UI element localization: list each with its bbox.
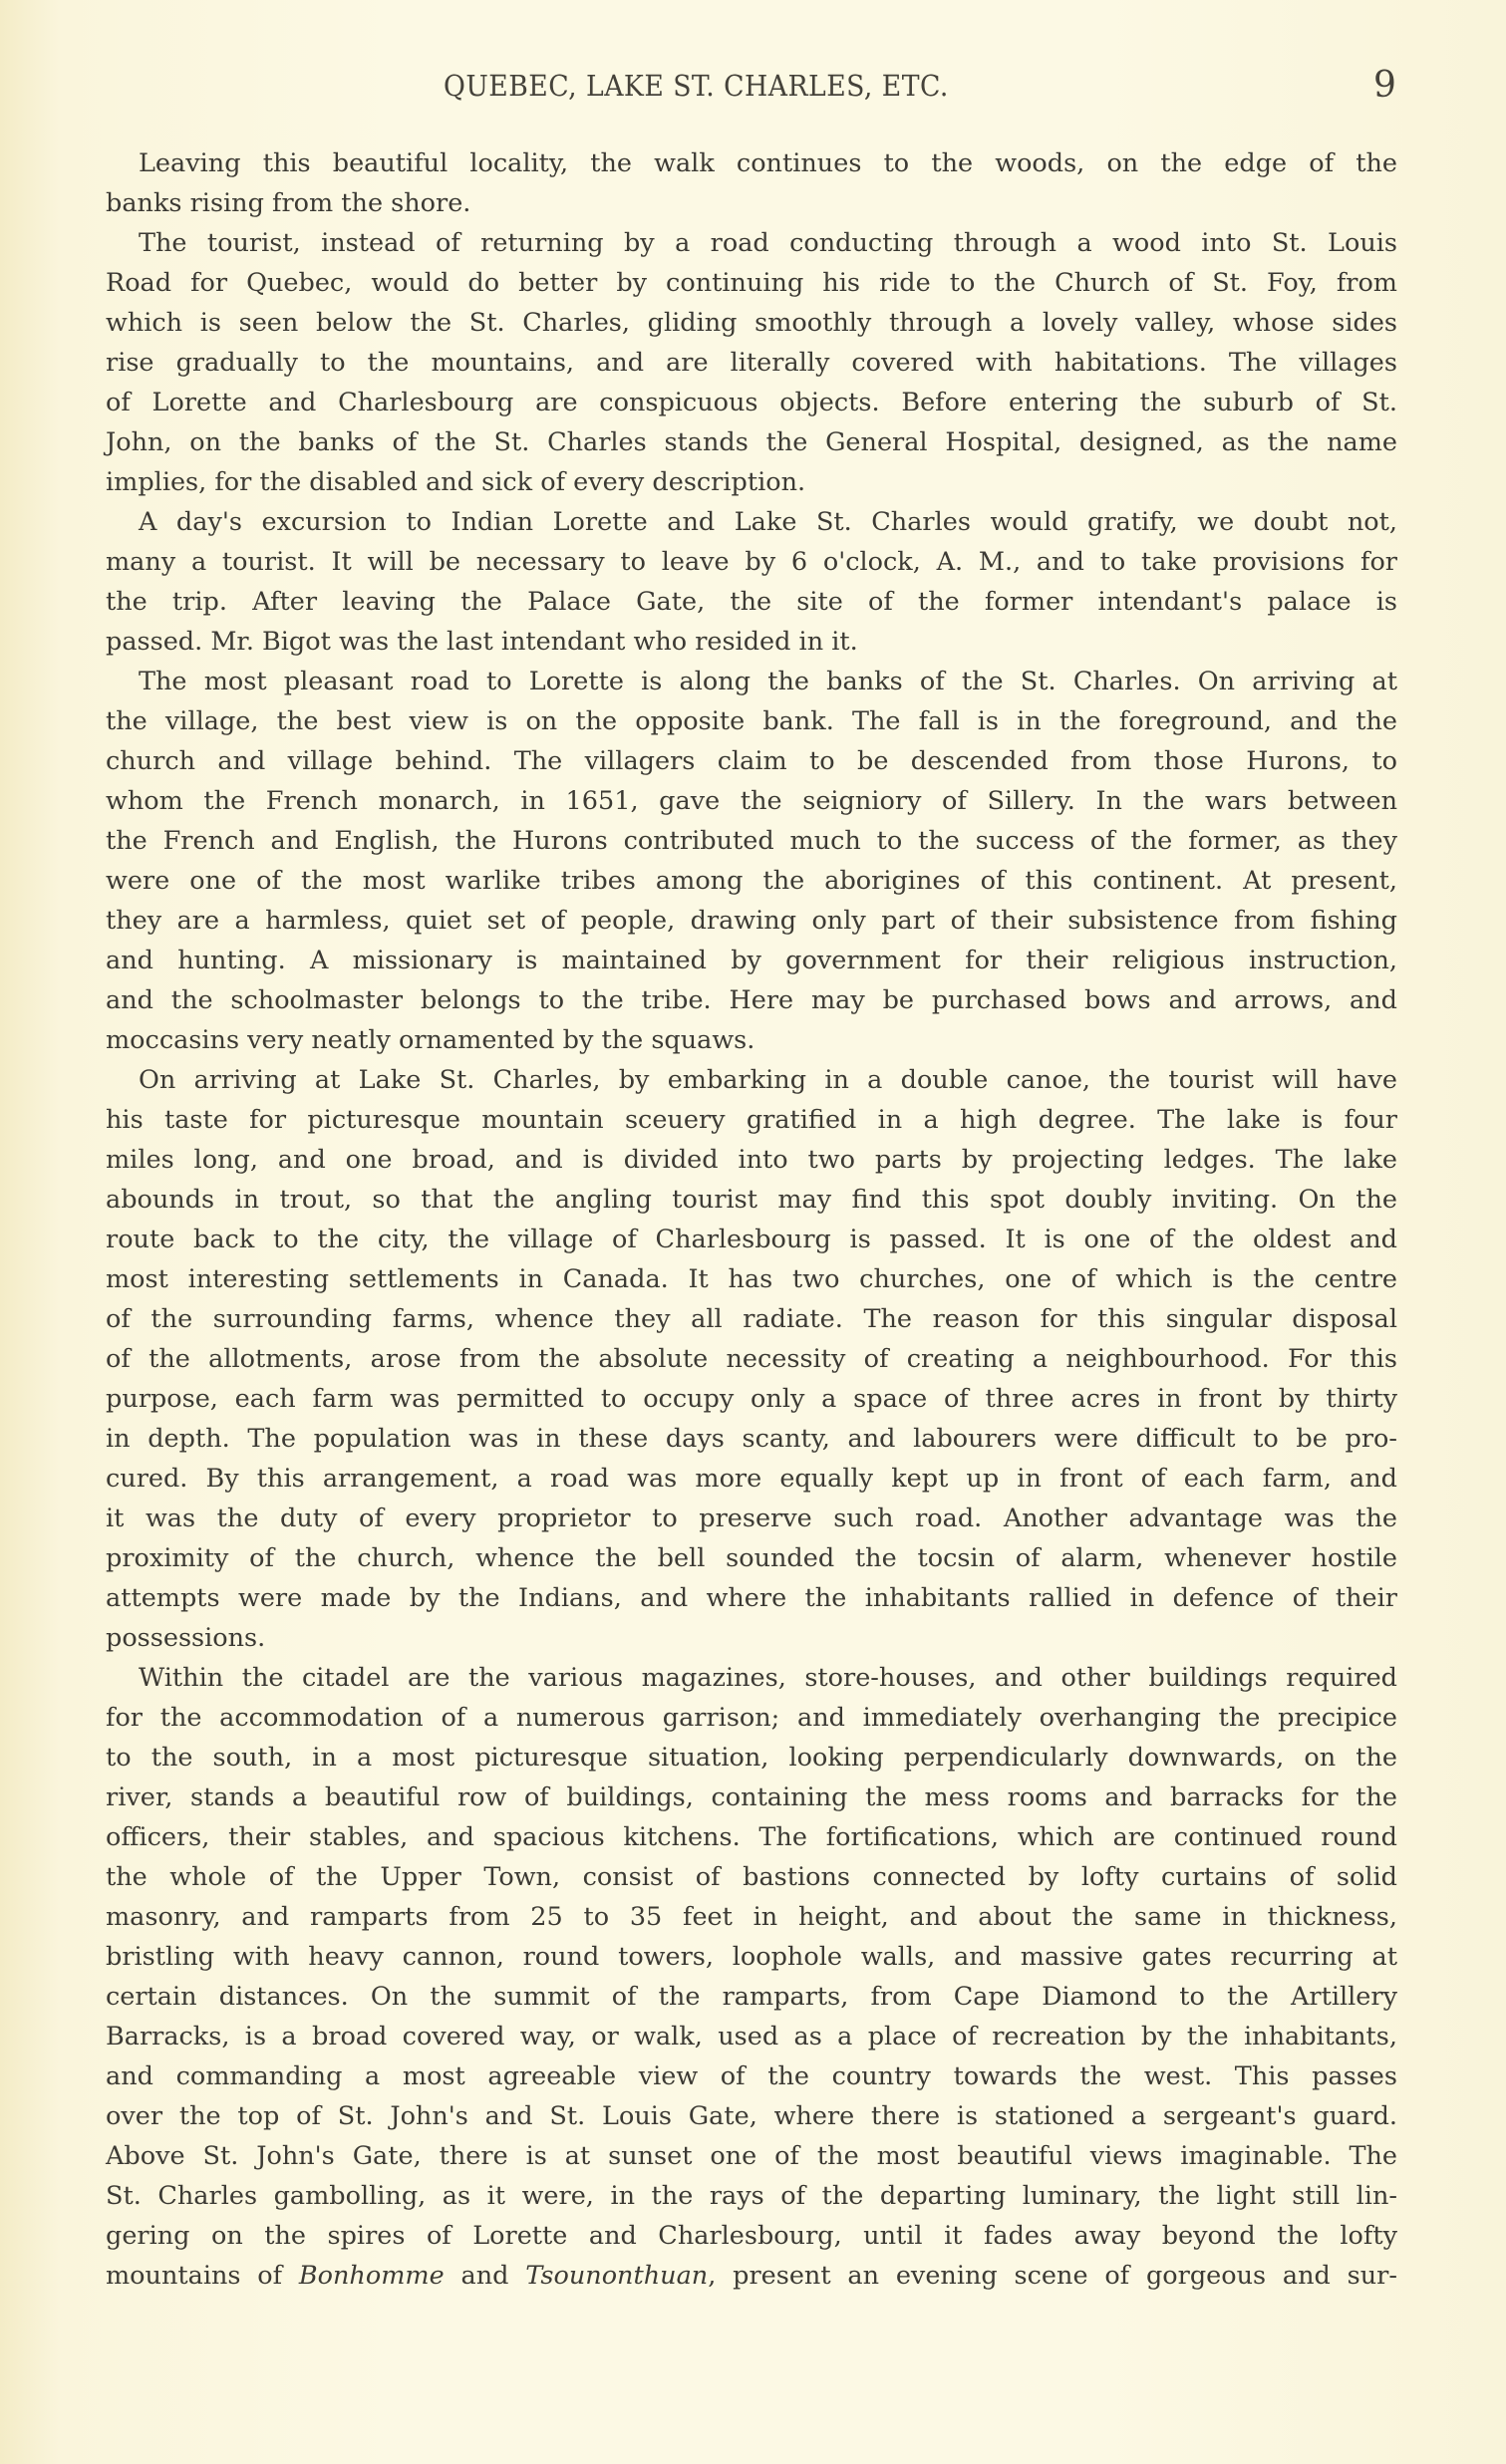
text-line: mountains of Bonhomme and Tsounonthuan, … (106, 2256, 1397, 2296)
text-line: moccasins very neatly ornamented by the … (106, 1020, 1397, 1060)
text-line: of the surrounding farms, whence they al… (106, 1299, 1397, 1339)
page-number: 9 (1373, 62, 1396, 110)
running-head: QUEBEC, LAKE ST. CHARLES, ETC. 9 (0, 62, 1506, 110)
text-line: church and village behind. The villagers… (106, 741, 1397, 781)
text-line: and hunting. A missionary is maintained … (106, 941, 1397, 980)
text-line: the village, the best view is on the opp… (106, 701, 1397, 741)
text-line: A day's excursion to Indian Lorette and … (106, 502, 1397, 542)
text-line: the trip. After leaving the Palace Gate,… (106, 582, 1397, 622)
text-line: gering on the spires of Lorette and Char… (106, 2216, 1397, 2256)
text-line: whom the French monarch, in 1651, gave t… (106, 781, 1397, 821)
text-line: masonry, and ramparts from 25 to 35 feet… (106, 1897, 1397, 1937)
text-line: Road for Quebec, would do better by cont… (106, 263, 1397, 303)
text-line: Barracks, is a broad covered way, or wal… (106, 2017, 1397, 2056)
text-line: the whole of the Upper Town, consist of … (106, 1857, 1397, 1897)
text-line: cured. By this arrangement, a road was m… (106, 1459, 1397, 1499)
text-line: for the accommodation of a numerous garr… (106, 1698, 1397, 1738)
text-line: possessions. (106, 1618, 1397, 1658)
text-line: rise gradually to the mountains, and are… (106, 343, 1397, 383)
body-text: Leaving this beautiful locality, the wal… (106, 143, 1397, 2296)
text-line: abounds in trout, so that the angling to… (106, 1180, 1397, 1220)
text-line: to the south, in a most picturesque situ… (106, 1738, 1397, 1778)
text-line: of Lorette and Charlesbourg are conspicu… (106, 383, 1397, 422)
text-line: they are a harmless, quiet set of people… (106, 901, 1397, 941)
text-line: certain distances. On the summit of the … (106, 1977, 1397, 2017)
text-line: route back to the city, the village of C… (106, 1220, 1397, 1259)
text-line: it was the duty of every proprietor to p… (106, 1499, 1397, 1538)
text-line: St. Charles gambolling, as it were, in t… (106, 2176, 1397, 2216)
text-line: On arriving at Lake St. Charles, by emba… (106, 1060, 1397, 1100)
text-line: Within the citadel are the various magaz… (106, 1658, 1397, 1698)
text-line: and the schoolmaster belongs to the trib… (106, 980, 1397, 1020)
text-line: The most pleasant road to Lorette is alo… (106, 662, 1397, 701)
text-line: passed. Mr. Bigot was the last intendant… (106, 622, 1397, 662)
text-line: his taste for picturesque mountain sceue… (106, 1100, 1397, 1140)
text-line: were one of the most warlike tribes amon… (106, 861, 1397, 901)
text-line: proximity of the church, whence the bell… (106, 1538, 1397, 1578)
text-line: miles long, and one broad, and is divide… (106, 1140, 1397, 1180)
text-line: in depth. The population was in these da… (106, 1419, 1397, 1459)
text-line: banks rising from the shore. (106, 183, 1397, 223)
text-line: Leaving this beautiful locality, the wal… (106, 143, 1397, 183)
text-line: attempts were made by the Indians, and w… (106, 1578, 1397, 1618)
text-line: John, on the banks of the St. Charles st… (106, 422, 1397, 462)
text-line: most interesting settlements in Canada. … (106, 1259, 1397, 1299)
text-line: bristling with heavy cannon, round tower… (106, 1937, 1397, 1977)
text-line: officers, their stables, and spacious ki… (106, 1817, 1397, 1857)
text-line: purpose, each farm was permitted to occu… (106, 1379, 1397, 1419)
text-line: Above St. John's Gate, there is at sunse… (106, 2136, 1397, 2176)
text-line: the French and English, the Hurons contr… (106, 821, 1397, 861)
text-line: which is seen below the St. Charles, gli… (106, 303, 1397, 343)
text-line: river, stands a beautiful row of buildin… (106, 1778, 1397, 1817)
running-title: QUEBEC, LAKE ST. CHARLES, ETC. (444, 62, 949, 110)
text-line: of the allotments, arose from the absolu… (106, 1339, 1397, 1379)
text-line: The tourist, instead of returning by a r… (106, 223, 1397, 263)
text-line: over the top of St. John's and St. Louis… (106, 2096, 1397, 2136)
text-line: many a tourist. It will be necessary to … (106, 542, 1397, 582)
text-line: implies, for the disabled and sick of ev… (106, 462, 1397, 502)
text-line: and commanding a most agreeable view of … (106, 2056, 1397, 2096)
